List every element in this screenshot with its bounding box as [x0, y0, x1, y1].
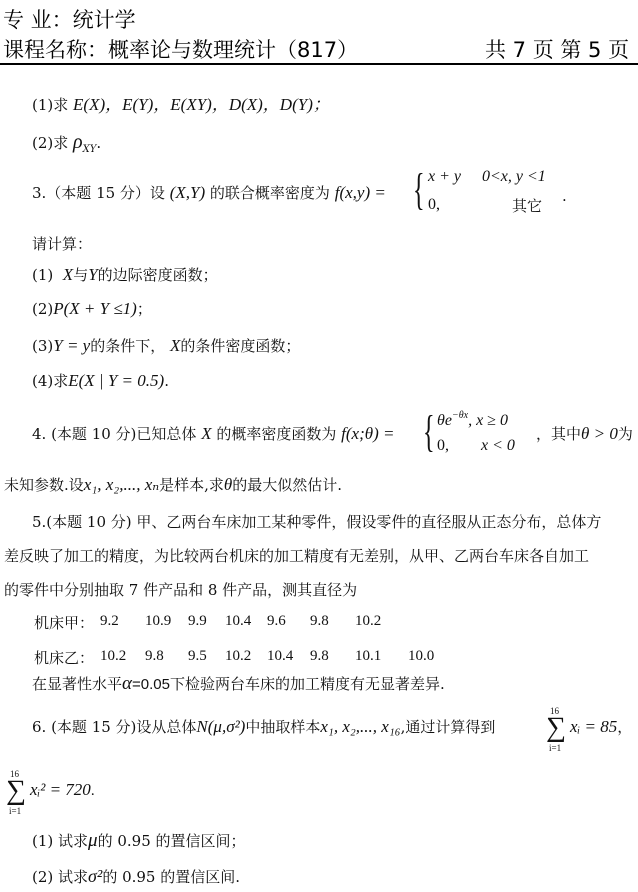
machine-b-value: 10.4 — [267, 648, 293, 665]
q2-part2: (2)求 ρXY. — [32, 132, 101, 160]
q3-statement: 3.（本题 15 分）设 (X,Y) 的联合概率密度为 f(x,y) = — [32, 183, 386, 203]
q3-mid: 的联合概率密度为 — [210, 184, 330, 202]
q5-alpha-value: =0.05 — [132, 676, 170, 693]
q6-mid2: ,通过计算得到 — [401, 718, 496, 736]
major-label: 专 业：统计学 — [3, 8, 136, 32]
sigma-sum-icon: ∑ — [6, 777, 26, 805]
sum1-end: ， — [617, 720, 632, 736]
q6-part2: (2) 试求σ²的 0.95 的置信区间. — [32, 866, 240, 887]
q3-p3-math: Y = y — [53, 336, 90, 355]
machine-b-value: 9.8 — [145, 648, 164, 665]
sum1-body: xᵢ = 85， — [570, 717, 632, 738]
sum2-body: xᵢ² = 720. — [30, 780, 95, 801]
q6-statement: 6. (本题 15 分)设从总体N(μ,σ²)中抽取样本x₁, x₂,..., … — [32, 717, 495, 737]
sum2-lower-limit: i=1 — [9, 806, 21, 816]
q3-xy: (X,Y) — [170, 183, 205, 202]
q3-case1-cond: 0<x, y <1 — [482, 168, 546, 186]
q5-line2: 差反映了加工的精度，为比较两台机床的加工精度有无差别，从甲、乙两台车床各自加工 — [4, 546, 589, 566]
q2-part2-end: . — [96, 134, 101, 152]
mu-symbol: μ — [88, 830, 98, 851]
q4-case1: θe−θx, x ≥ 0 — [437, 410, 508, 430]
q4-line2: 未知参数.设x₁, x₂,..., xₙ是样本,求θ的最大似然估计. — [4, 475, 342, 495]
q3-p2-end: ； — [137, 300, 152, 318]
q5-line3: 的零件中分别抽取 7 件产品和 8 件产品，测其直径为 — [4, 580, 357, 600]
sigma-squared-symbol: σ² — [88, 866, 102, 886]
brace-icon: { — [423, 410, 435, 454]
q3-case2-cond: 其它 — [512, 196, 542, 216]
rho-subscript: XY — [83, 144, 97, 155]
sigma-sum-icon: ∑ — [546, 714, 566, 742]
q2-part1: (1)求 E(X)，E(Y)，E(XY)，D(X)，D(Y)； — [32, 95, 330, 115]
machine-a-value: 9.9 — [188, 613, 207, 630]
q4-tail-text: ，其中 — [536, 425, 581, 443]
q4-sample: x₁, x₂,..., xₙ — [84, 475, 159, 494]
q3-p4-end: . — [164, 372, 169, 390]
q6-part1: (1) 试求μ的 0.95 的置信区间； — [32, 831, 246, 851]
q5-test-a: 在显著性水平 — [32, 675, 122, 693]
q4-line2-c: 的最大似然估计. — [232, 476, 342, 494]
q4-statement: 4. (本题 10 分)已知总体 X 的概率密度函数为 f(x;θ) = — [32, 424, 395, 444]
q3-p1-num: (1) — [32, 266, 53, 284]
sum1-lower-limit: i=1 — [549, 743, 561, 753]
q3-part3: (3)Y = y的条件下， X的条件密度函数； — [32, 336, 300, 356]
q5-line1: 5.(本题 10 分) 甲、乙两台车床加工某种零件，假设零件的直径服从正态分布，… — [32, 512, 601, 532]
q4-mid: 的概率密度函数为 — [216, 425, 336, 443]
q4-line2-a: 未知参数.设 — [4, 476, 84, 494]
q4-case1-cond: , x ≥ 0 — [468, 412, 508, 429]
q3-case2-expr: 0, — [428, 196, 440, 214]
q3-p3-x: X — [170, 336, 180, 355]
q4-tail2: 为 — [618, 425, 633, 443]
q4-case2-expr: 0, — [437, 437, 449, 455]
q3-p3-text: 的条件密度函数； — [180, 337, 300, 355]
q4-intro: 4. (本题 10 分)已知总体 — [32, 425, 196, 443]
q5-test: 在显著性水平α=0.05下检验两台车床的加工精度有无显著差异. — [32, 674, 445, 695]
q6-p2-a: (2) 试求 — [32, 868, 88, 886]
alpha-symbol: α — [122, 673, 132, 694]
sum1-expr: xᵢ = 85 — [570, 717, 617, 736]
machine-b-value: 9.8 — [310, 648, 329, 665]
machine-b-value: 10.1 — [355, 648, 381, 665]
q3-intro: 3.（本题 15 分）设 — [32, 184, 165, 202]
q2-part2-prefix: (2)求 — [32, 134, 68, 152]
q3-p1-x: X — [63, 265, 73, 284]
course-title: 课程名称：概率论与数理统计（817） — [3, 38, 358, 62]
machine-b-label: 机床乙： — [34, 648, 94, 668]
q4-func: f(x;θ) = — [341, 424, 394, 443]
rho-symbol: ρ — [73, 131, 83, 153]
q5-test-c: 下检验两台车床的加工精度有无显著差异. — [170, 675, 445, 693]
q6-p2-b: 的 0.95 的置信区间. — [102, 868, 240, 886]
q3-p1-text: 的边际密度函数； — [98, 266, 218, 284]
q6-mid: 中抽取样本 — [245, 718, 320, 736]
machine-a-value: 10.2 — [355, 613, 381, 630]
page-info: 共 7 页 第 5 页 — [485, 38, 629, 62]
machine-a-value: 10.9 — [145, 613, 171, 630]
q2-part1-math: E(X)，E(Y)，E(XY)，D(X)，D(Y)； — [73, 95, 330, 114]
q4-x: X — [201, 424, 211, 443]
header-divider — [0, 63, 638, 65]
machine-b-value: 10.2 — [100, 648, 126, 665]
q4-line2-b: 是样本,求 — [159, 476, 224, 494]
q3-p4-prefix: (4)求 — [32, 372, 68, 390]
q2-part1-prefix: (1)求 — [32, 96, 68, 114]
sum2-expr: xᵢ² = 720 — [30, 780, 91, 799]
q3-part1: (1) X与Y的边际密度函数； — [32, 265, 218, 285]
q6-p1-a: (1) 试求 — [32, 832, 88, 850]
q3-part4: (4)求E(X | Y = 0.5). — [32, 371, 169, 391]
q3-p2-num: (2) — [32, 300, 53, 318]
machine-b-value: 10.2 — [225, 648, 251, 665]
q6-p1-b: 的 0.95 的置信区间； — [98, 832, 246, 850]
machine-b-value: 9.5 — [188, 648, 207, 665]
q4-case1-expr: θe — [437, 412, 452, 429]
machine-a-value: 9.2 — [100, 613, 119, 630]
machine-b-value: 10.0 — [408, 648, 434, 665]
machine-a-value: 9.8 — [310, 613, 329, 630]
machine-a-value: 10.4 — [225, 613, 251, 630]
q3-compute-label: 请计算： — [32, 234, 92, 254]
q3-p3-num: (3) — [32, 337, 53, 355]
q3-p2-math: P(X + Y ≤1) — [53, 299, 137, 318]
q6-sample: x₁, x₂,..., x₁₆ — [320, 717, 400, 736]
q4-case2-cond: x < 0 — [481, 437, 515, 455]
sum2-end: . — [91, 783, 95, 799]
q3-p3-mid: 的条件下， — [90, 337, 165, 355]
q6-intro: 6. (本题 15 分)设从总体 — [32, 718, 196, 736]
q3-func: f(x,y) = — [335, 183, 386, 202]
machine-a-value: 9.6 — [267, 613, 286, 630]
machine-a-label: 机床甲： — [34, 613, 94, 633]
q4-theta-cond: θ > 0 — [581, 424, 618, 443]
q3-end: . — [562, 186, 567, 206]
q3-case1-expr: x + y — [428, 168, 461, 186]
brace-icon: { — [413, 168, 425, 212]
q4-case1-exponent: −θx — [452, 410, 468, 421]
q6-distribution: N(μ,σ²) — [196, 717, 245, 736]
q3-p1-y: Y — [88, 265, 97, 284]
q3-p4-math: E(X | Y = 0.5) — [68, 371, 164, 390]
q4-tail: ，其中θ > 0为 — [536, 424, 633, 444]
q3-p1-mid: 与 — [73, 266, 88, 284]
q3-part2: (2)P(X + Y ≤1)； — [32, 299, 152, 319]
